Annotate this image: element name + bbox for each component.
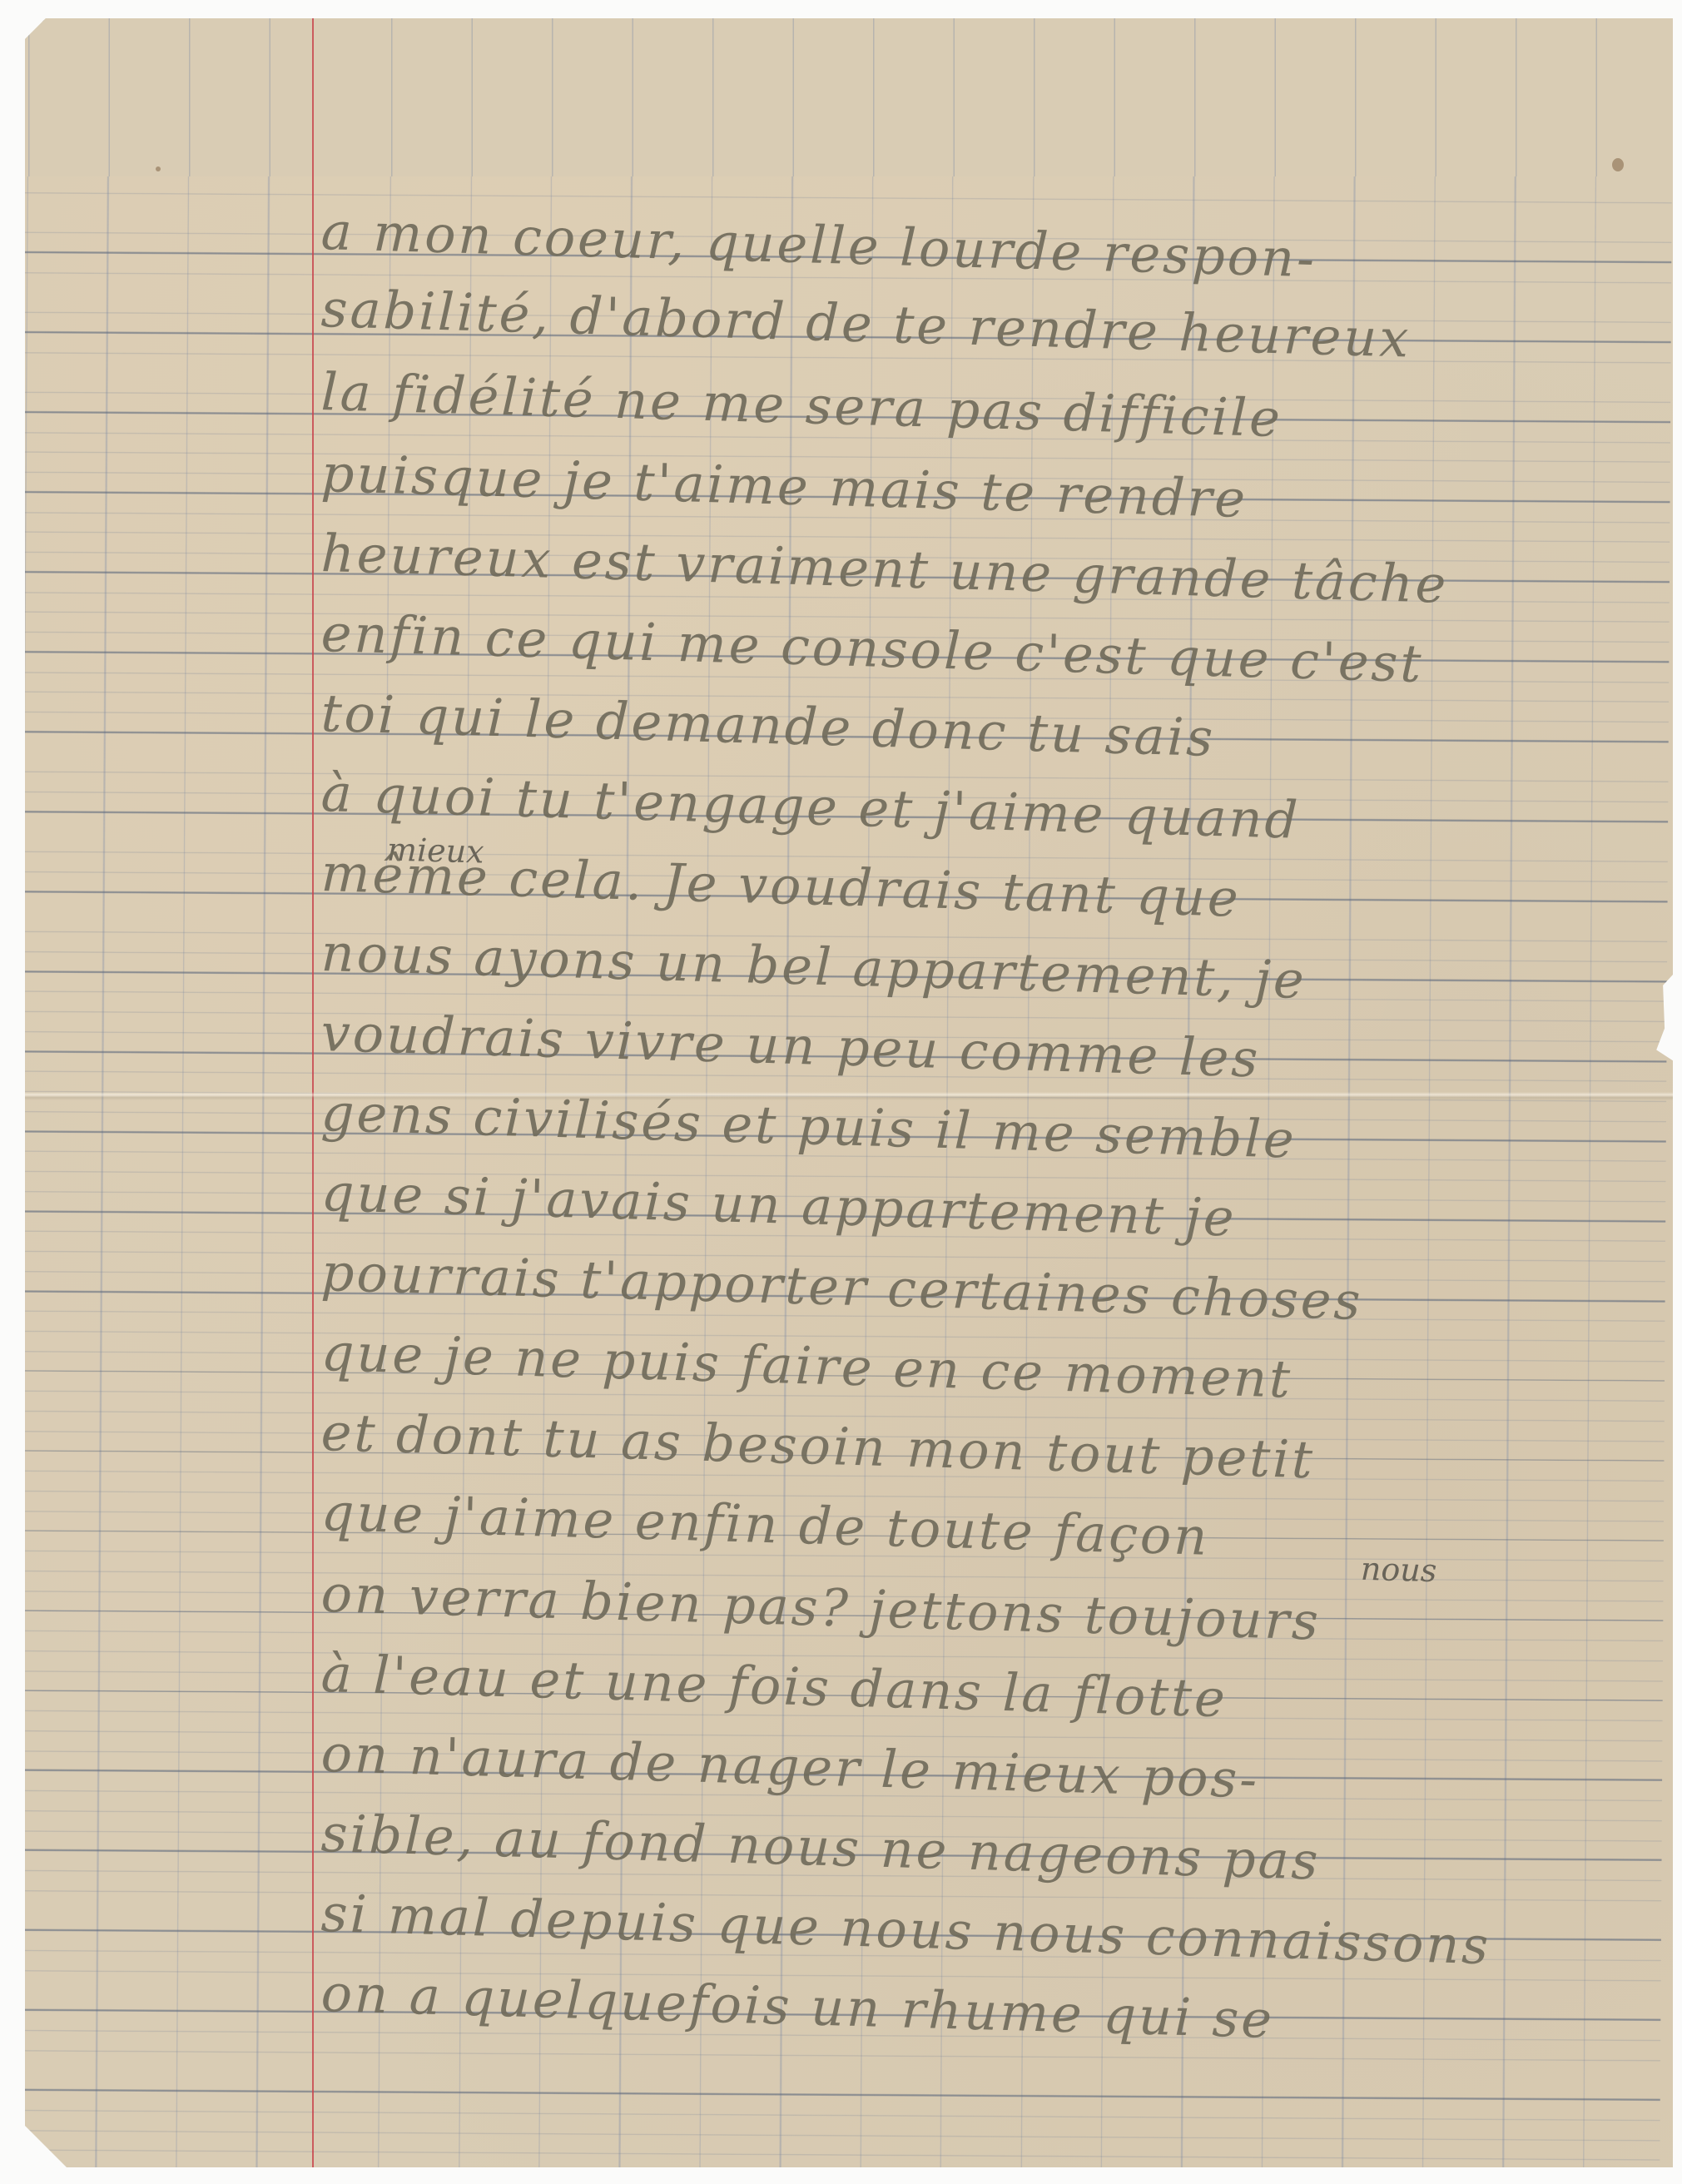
interlinear-insertion: nous	[1360, 1551, 1436, 1589]
letter-page: a mon coeur, quelle lourde respon- sabil…	[25, 18, 1673, 2167]
top-blank-area	[25, 18, 1673, 176]
ink-stain	[1612, 158, 1624, 171]
ink-spot	[156, 166, 161, 171]
